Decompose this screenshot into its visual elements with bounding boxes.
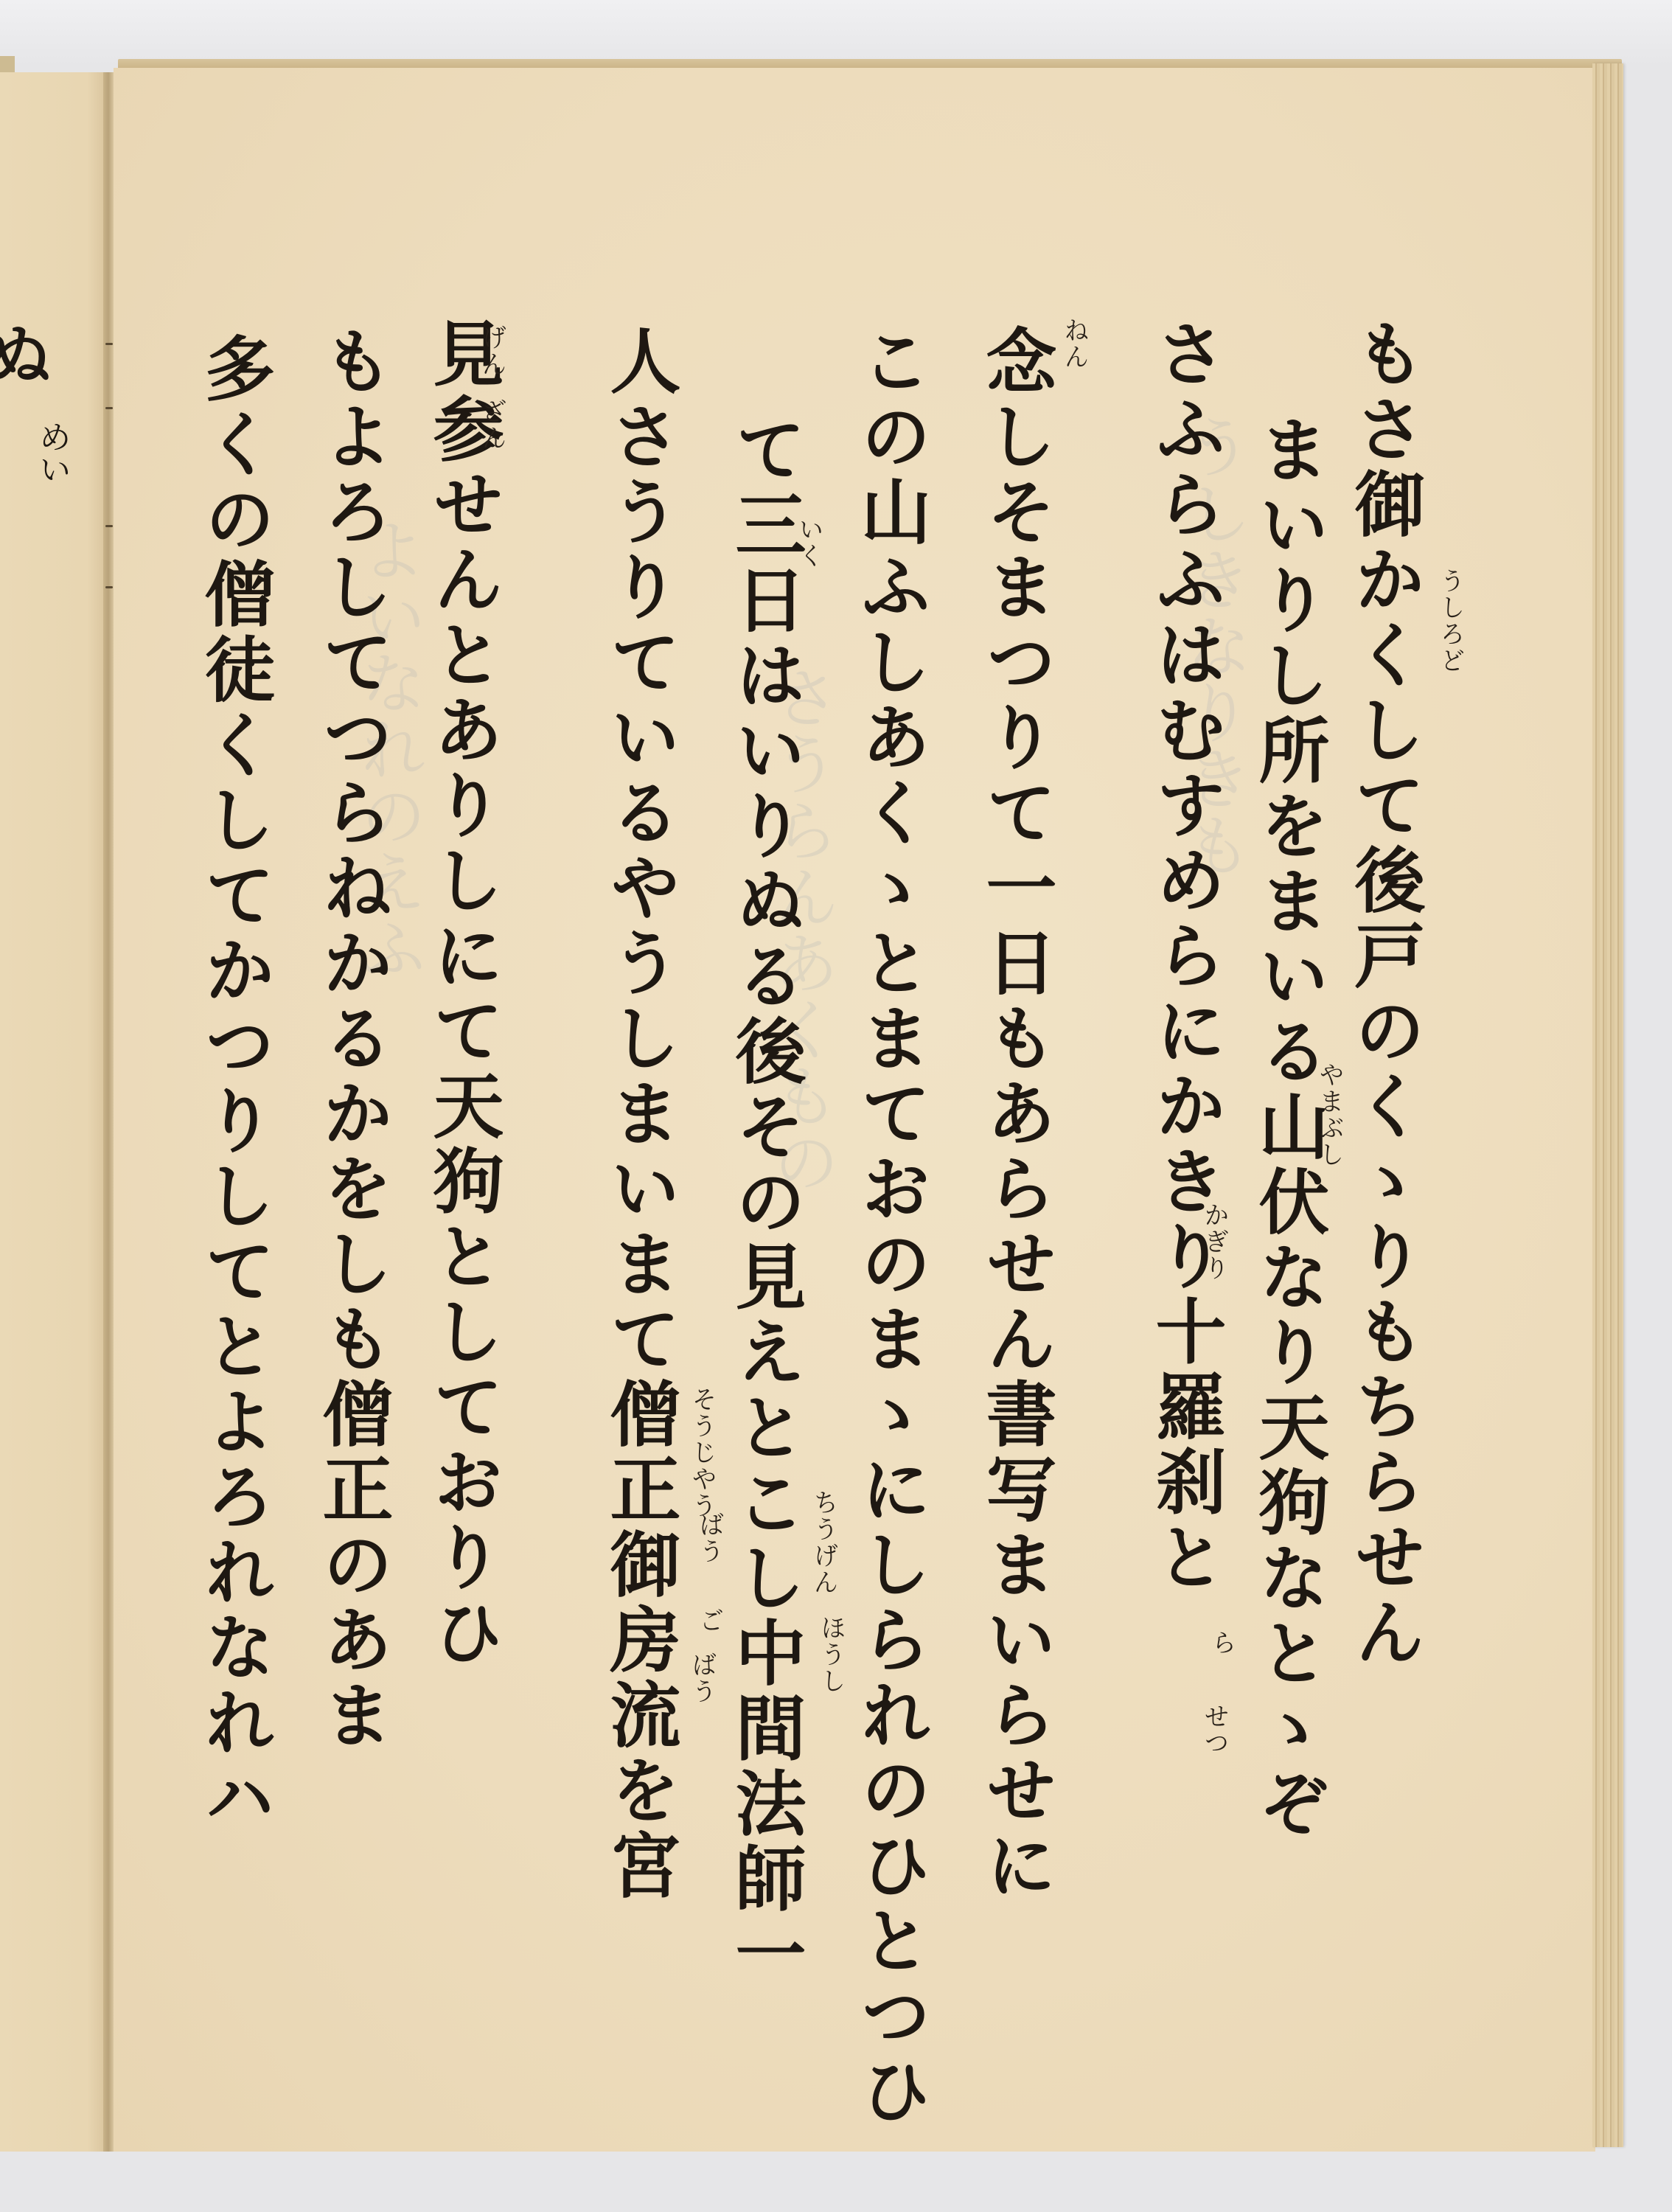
furigana: そうじやう bbox=[689, 1386, 714, 1519]
binding-stitch bbox=[105, 586, 113, 588]
text-column-8: 見参せんとありしにて天狗としておりひ bbox=[428, 317, 498, 1671]
page-stack-edge bbox=[1592, 63, 1623, 2147]
background-top bbox=[0, 0, 1672, 66]
furigana: ざん bbox=[479, 398, 504, 451]
furigana: ばう bbox=[697, 1512, 722, 1565]
text-column-3: さふらふはむすめらにかきり十羅刹と bbox=[1150, 317, 1221, 1596]
furigana: いく bbox=[796, 516, 821, 569]
furigana: やまぶし bbox=[1317, 1062, 1342, 1168]
text-column-2: まいりし所をまいる山伏なり天狗なとゝぞ bbox=[1253, 413, 1324, 1842]
text-column-7: 人さうりているやうしまいまて僧正御房流を宮 bbox=[605, 324, 675, 1904]
furigana: かぎり bbox=[1202, 1202, 1227, 1281]
book-gutter bbox=[103, 72, 114, 2152]
text-column-4: 念しそまつりて一日もあらせん書写まいらせに bbox=[980, 324, 1051, 1904]
furigana: うしろど bbox=[1438, 568, 1463, 674]
furigana: せつ bbox=[1202, 1703, 1227, 1756]
furigana: ほうし bbox=[818, 1615, 843, 1694]
left-page-text-fragment: ぬ bbox=[0, 302, 52, 398]
furigana: ら bbox=[1209, 1630, 1234, 1656]
furigana: ご bbox=[697, 1607, 722, 1634]
binding-stitch bbox=[105, 525, 113, 527]
left-page-cover-edge bbox=[0, 56, 15, 72]
text-column-6: て三日はいりぬる後その見えとこし中間法師一 bbox=[730, 413, 801, 1992]
text-column-1: もさ御かくして後戸のくゝりもちらせん bbox=[1349, 317, 1420, 1671]
furigana: ばう bbox=[689, 1652, 714, 1705]
furigana: げん bbox=[479, 324, 504, 378]
binding-stitch bbox=[105, 343, 113, 345]
text-column-5: この山ふしあくゝとまておのまゝにしられのひとつひ bbox=[855, 324, 926, 2129]
text-column-10: 多くの僧徒くしてかつりしてとよろれなれハ bbox=[199, 332, 270, 1836]
furigana: ねん bbox=[1062, 317, 1087, 370]
furigana: ちうげん bbox=[811, 1489, 836, 1596]
binding-stitch bbox=[105, 407, 113, 409]
text-column-9: もよろしてつらねかるかをしも僧正のあま bbox=[317, 324, 388, 1753]
left-page-margin-note: めい bbox=[28, 420, 75, 485]
